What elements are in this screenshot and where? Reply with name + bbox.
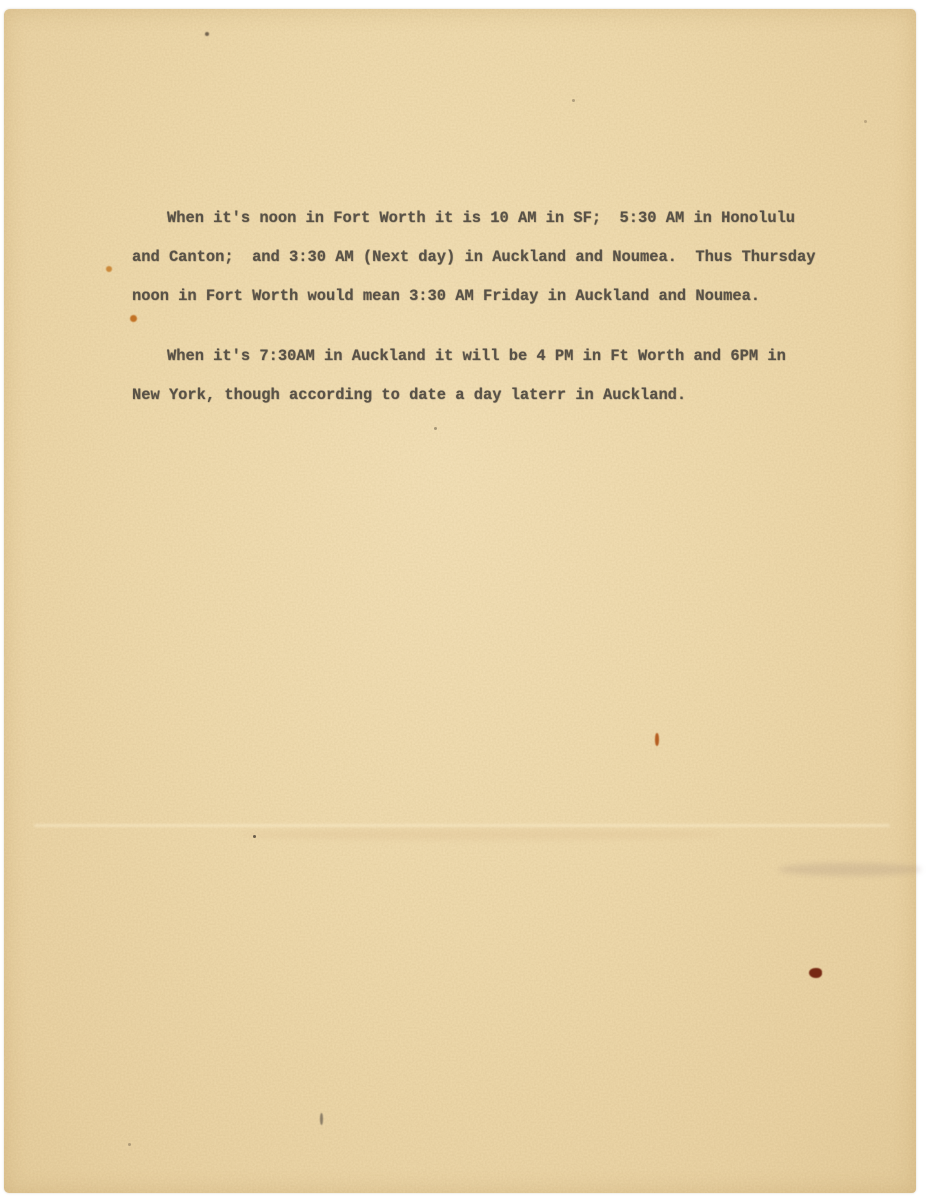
- typewritten-text: When it's noon in Fort Worth it is 10 AM…: [132, 199, 872, 415]
- typewritten-line: and Canton; and 3:30 AM (Next day) in Au…: [132, 238, 872, 277]
- paper-sheet: When it's noon in Fort Worth it is 10 AM…: [4, 9, 916, 1193]
- typewritten-line: When it's 7:30AM in Auckland it will be …: [167, 337, 872, 376]
- paragraph-1: When it's noon in Fort Worth it is 10 AM…: [132, 199, 872, 316]
- typewritten-line: noon in Fort Worth would mean 3:30 AM Fr…: [132, 277, 872, 316]
- typewritten-line: New York, though according to date a day…: [132, 376, 872, 415]
- typewritten-line: When it's noon in Fort Worth it is 10 AM…: [167, 199, 872, 238]
- paper-grain-texture: [4, 9, 916, 1193]
- paragraph-2: When it's 7:30AM in Auckland it will be …: [132, 337, 872, 415]
- scan-background: When it's noon in Fort Worth it is 10 AM…: [0, 0, 928, 1200]
